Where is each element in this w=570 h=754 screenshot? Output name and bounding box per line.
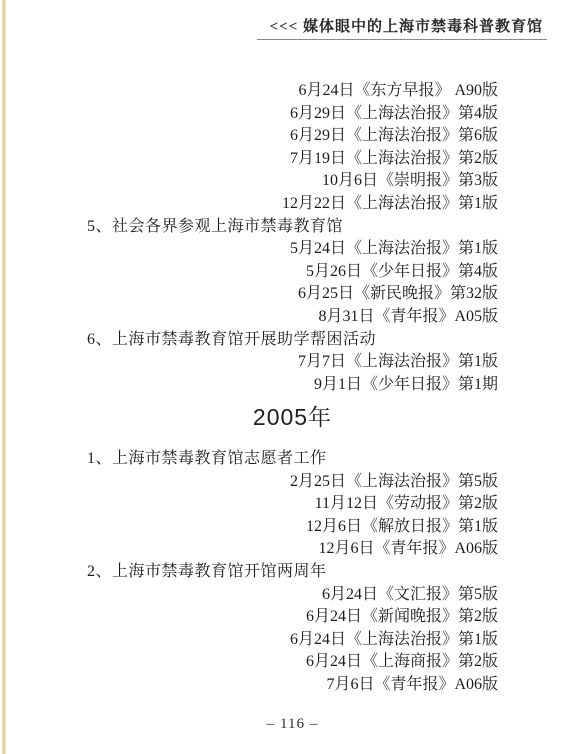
page-edge-strip [0, 0, 8, 754]
citation-line: 6月24日《东方早报》 A90版 [87, 80, 498, 103]
page-number: – 116 – [87, 716, 498, 733]
citation-line: 7月7日《上海法治报》第1版 [87, 351, 498, 374]
item-title: 5、社会各界参观上海市禁毒教育馆 [87, 216, 498, 239]
citation-line: 7月6日《青年报》A06版 [87, 674, 498, 697]
citation-line: 6月29日《上海法治报》第6版 [87, 125, 498, 148]
citation-line: 7月19日《上海法治报》第2版 [87, 148, 498, 171]
citation-line: 6月25日《新民晚报》第32版 [87, 283, 498, 306]
item-title: 2、上海市禁毒教育馆开馆两周年 [87, 561, 498, 584]
citation-line: 8月31日《青年报》A05版 [87, 306, 498, 329]
citation-line: 11月12日《劳动报》第2版 [87, 493, 498, 516]
book-page: <<< 媒体眼中的上海市禁毒科普教育馆 6月24日《东方早报》 A90版 6月2… [0, 0, 570, 754]
citation-line: 12月22日《上海法治报》第1版 [87, 193, 498, 216]
running-header-title: <<< 媒体眼中的上海市禁毒科普教育馆 [100, 15, 543, 36]
citation-line: 12月6日《解放日报》第1版 [87, 516, 498, 539]
citation-line: 6月24日《新闻晚报》第2版 [87, 606, 498, 629]
year-heading: 2005年 [87, 399, 498, 432]
citation-line: 5月26日《少年日报》第4版 [87, 261, 498, 284]
item-title: 1、上海市禁毒教育馆志愿者工作 [87, 448, 498, 471]
citation-line: 6月24日《上海商报》第2版 [87, 651, 498, 674]
citation-line: 9月1日《少年日报》第1期 [87, 374, 498, 397]
header-rule [257, 39, 547, 40]
catalog-section-2005: 1、上海市禁毒教育馆志愿者工作 2月25日《上海法治报》第5版 11月12日《劳… [87, 448, 498, 697]
item-title: 6、上海市禁毒教育馆开展助学帮困活动 [87, 329, 498, 352]
citation-line: 5月24日《上海法治报》第1版 [87, 238, 498, 261]
citation-line: 2月25日《上海法治报》第5版 [87, 471, 498, 494]
citation-line: 6月24日《上海法治报》第1版 [87, 629, 498, 652]
citation-line: 10月6日《崇明报》第3版 [87, 170, 498, 193]
citation-line: 6月29日《上海法治报》第4版 [87, 103, 498, 126]
citation-line: 12月6日《青年报》A06版 [87, 538, 498, 561]
citation-line: 6月24日《文汇报》第5版 [87, 584, 498, 607]
catalog-section-continued: 6月24日《东方早报》 A90版 6月29日《上海法治报》第4版 6月29日《上… [87, 80, 498, 396]
